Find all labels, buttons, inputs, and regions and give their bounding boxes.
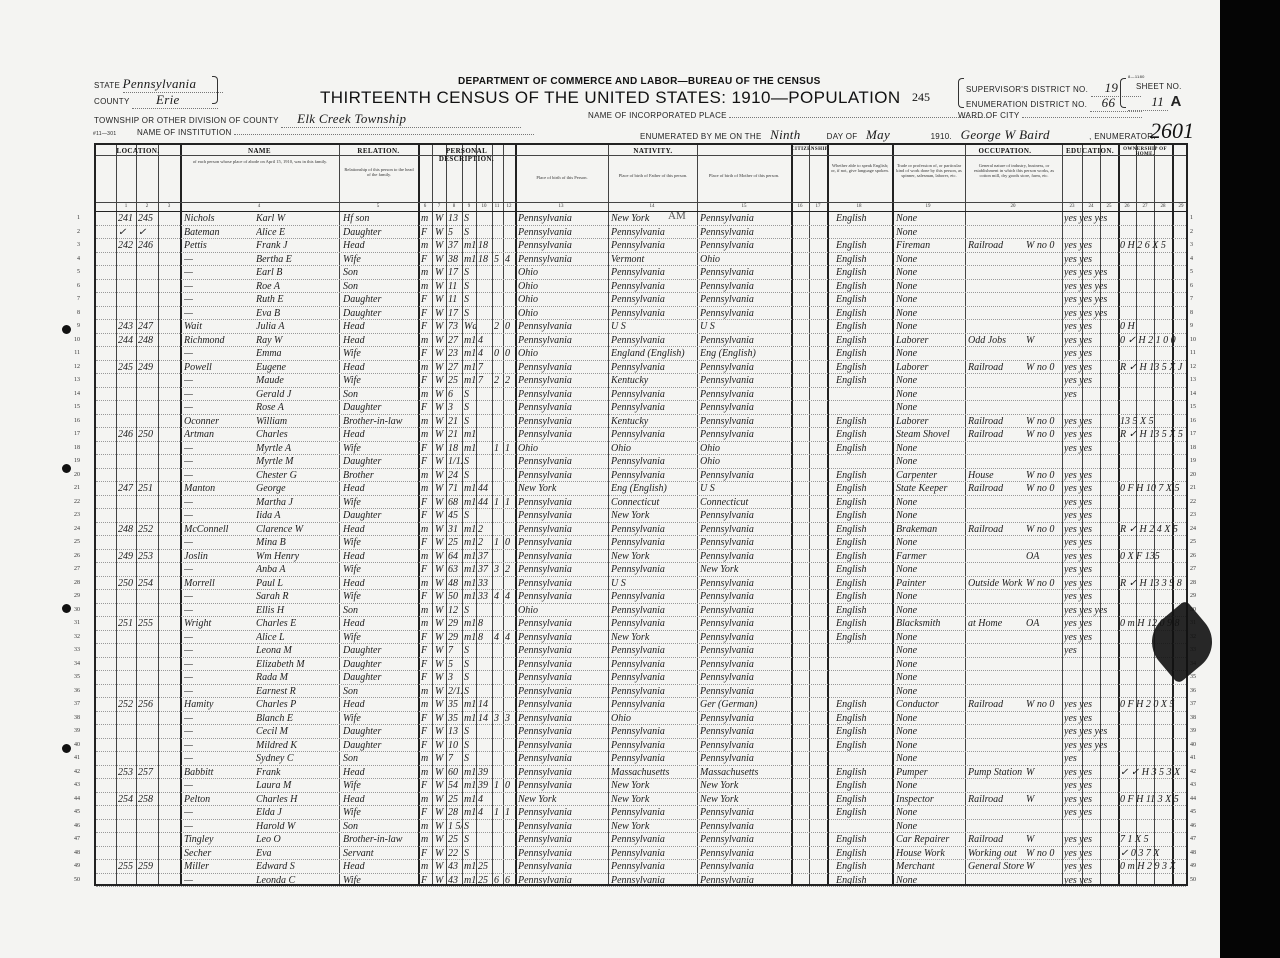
children-living: 3 [505,712,515,726]
education: yes yes [1064,496,1118,510]
age: 68 [448,496,462,510]
color: W [435,658,447,672]
children-born [494,401,504,415]
relation: Head [343,482,417,496]
birthplace-mother: Connecticut [700,496,790,510]
color: W [435,212,447,226]
line-number: 9 [60,320,80,334]
surname: — [184,779,254,793]
given-name: Iida A [256,509,338,523]
marital-status: m1 [464,536,476,550]
education [1064,401,1118,415]
birthplace-mother: Pennsylvania [700,847,790,861]
age: 71 [448,482,462,496]
trade: None [896,604,964,618]
given-name: Blanch E [256,712,338,726]
margin-number: 2601 [1150,118,1194,144]
birthplace-father: Pennsylvania [611,266,697,280]
sex: F [421,374,433,388]
children-living [505,644,515,658]
birthplace-person: Pennsylvania [518,496,606,510]
children-born [494,820,504,834]
marital-status: S [464,752,476,766]
children-living [505,604,515,618]
education [1064,671,1118,685]
years-married [478,752,492,766]
dwelling-number [118,658,136,672]
children-born: 3 [494,563,504,577]
sheet-bracket [1120,78,1126,108]
table-row: 30—Ellis HSonmW12SOhioPennsylvaniaPennsy… [96,604,1186,618]
relation: Daughter [343,671,417,685]
line-number: 33 [60,644,80,658]
education: yes yes [1064,442,1118,456]
given-name: Paul L [256,577,338,591]
children-born [494,428,504,442]
education: yes yes [1064,523,1118,537]
years-married [478,658,492,672]
children-born: 4 [494,590,504,604]
ownership: 13 5 X 5 [1120,415,1190,429]
sex: F [421,253,433,267]
surname: — [184,752,254,766]
birthplace-person: Pennsylvania [518,374,606,388]
language: English [836,307,892,321]
birthplace-father: Pennsylvania [611,833,697,847]
line-number: 49 [60,860,80,874]
line-number-right: 22 [1190,496,1208,510]
relation: Wife [343,712,417,726]
column-number: 16 [792,204,808,209]
line-number-right: 48 [1190,847,1208,861]
department-title: DEPARTMENT OF COMMERCE AND LABOR—BUREAU … [458,76,821,87]
line-number-right: 2 [1190,226,1208,240]
sex: F [421,320,433,334]
table-row: 40—Mildred KDaughterFW10SPennsylvaniaPen… [96,739,1186,753]
line-number: 48 [60,847,80,861]
day-of-label: DAY OF [827,132,858,141]
line-number-right: 4 [1190,253,1208,267]
trade: Conductor [896,698,964,712]
surname: — [184,604,254,618]
dwelling-number [118,496,136,510]
family-number [138,374,158,388]
table-row: 39—Cecil MDaughterFW13SPennsylvaniaPenns… [96,725,1186,739]
children-born [494,644,504,658]
surname: Tingley [184,833,254,847]
ownership: R ✓ H 2 4 X 5 [1120,523,1190,537]
ownership: 0 m H 2 9 3 X [1120,860,1190,874]
year-label: 1910. [931,132,953,141]
children-born: 1 [494,806,504,820]
children-living: 4 [505,590,515,604]
language: English [836,266,892,280]
birthplace-father: Massachusetts [611,766,697,780]
birthplace-father: Pennsylvania [611,293,697,307]
column-number: 13 [553,204,569,209]
birthplace-father: Ohio [611,442,697,456]
birthplace-mother: Pennsylvania [700,293,790,307]
language [836,644,892,658]
birthplace-mother: New York [700,563,790,577]
enumerated-prefix: ENUMERATED BY ME ON THE [640,132,762,141]
children-living [505,428,515,442]
ownership [1120,536,1190,550]
ownership [1120,779,1190,793]
birthplace-person: Pennsylvania [518,671,606,685]
form-code: 8—1180 [1128,74,1145,79]
dwelling-number [118,685,136,699]
ownership [1120,752,1190,766]
census-table: LOCATION. NAME RELATION. PERSONAL DESCRI… [94,143,1188,886]
line-number: 3 [60,239,80,253]
trade: Painter [896,577,964,591]
census-title: THIRTEENTH CENSUS OF THE UNITED STATES: … [320,88,901,108]
table-row: 18—Myrtle AWifeFW18m111OhioOhioOhioEngli… [96,442,1186,456]
color: W [435,860,447,874]
table-row: 33—Leona MDaughterFW7SPennsylvaniaPennsy… [96,644,1186,658]
age: 73 [448,320,462,334]
birthplace-mother: Pennsylvania [700,334,790,348]
relation: Son [343,388,417,402]
line-number: 30 [60,604,80,618]
children-born [494,860,504,874]
years-married [478,644,492,658]
family-number [138,712,158,726]
education: yes yes [1064,415,1118,429]
line-number: 42 [60,766,80,780]
color: W [435,334,447,348]
family-number: 246 [138,239,158,253]
birthplace-father: New York [611,631,697,645]
relation: Servant [343,847,417,861]
family-number: 247 [138,320,158,334]
years-married: 2 [478,536,492,550]
language [836,455,892,469]
ownership [1120,685,1190,699]
years-married [478,469,492,483]
line-number: 15 [60,401,80,415]
years-married [478,833,492,847]
surname: Pettis [184,239,254,253]
color: W [435,631,447,645]
years-married [478,604,492,618]
ward-field: WARD OF CITY [958,111,1142,120]
birthplace-mother: Pennsylvania [700,388,790,402]
family-number: 255 [138,617,158,631]
trade: None [896,388,964,402]
children-born: 1 [494,442,504,456]
birthplace-person: Ohio [518,442,606,456]
education: yes yes yes [1064,307,1118,321]
form-side-code: #11—301 [93,131,116,137]
birthplace-person: Pennsylvania [518,806,606,820]
column-number: 2 [139,204,155,209]
children-living [505,482,515,496]
family-number [138,874,158,888]
line-number: 41 [60,752,80,766]
years-married: 4 [478,347,492,361]
children-living [505,293,515,307]
surname: — [184,725,254,739]
children-living [505,793,515,807]
children-living [505,280,515,294]
age: 28 [448,806,462,820]
language: English [836,739,892,753]
color: W [435,806,447,820]
birthplace-father: Vermont [611,253,697,267]
line-number: 40 [60,739,80,753]
dwelling-number: 253 [118,766,136,780]
table-row: 6—Roe ASonmW11SOhioPennsylvaniaPennsylva… [96,280,1186,294]
family-number: 245 [138,212,158,226]
color: W [435,361,447,375]
marital-status: m1 [464,631,476,645]
education: yes yes [1064,766,1118,780]
relation: Son [343,752,417,766]
color: W [435,536,447,550]
birthplace-mother: Pennsylvania [700,307,790,321]
given-name: Mildred K [256,739,338,753]
birthplace-person: Pennsylvania [518,388,606,402]
color: W [435,253,447,267]
birthplace-person: Pennsylvania [518,415,606,429]
birthplace-person: Pennsylvania [518,685,606,699]
age: 63 [448,563,462,577]
group-nativity: NATIVITY. [515,147,791,155]
language: English [836,550,892,564]
trade: Steam Shovel [896,428,964,442]
line-number: 47 [60,833,80,847]
color: W [435,266,447,280]
dwelling-number [118,509,136,523]
given-name: Leona M [256,644,338,658]
marital-status: S [464,455,476,469]
trade: None [896,536,964,550]
language: English [836,766,892,780]
family-number: 252 [138,523,158,537]
surname: Morrell [184,577,254,591]
language [836,820,892,834]
years-married [478,293,492,307]
children-living [505,766,515,780]
color: W [435,469,447,483]
surname: Oconner [184,415,254,429]
family-number [138,536,158,550]
children-living [505,685,515,699]
line-number: 7 [60,293,80,307]
dwelling-number: 248 [118,523,136,537]
age: 54 [448,779,462,793]
marital-status: S [464,226,476,240]
children-born [494,739,504,753]
line-number-right: 41 [1190,752,1208,766]
column-number: 17 [810,204,826,209]
institution-field: #11—301 NAME OF INSTITUTION [93,128,534,137]
given-name: Eugene [256,361,338,375]
ownership: 0 F H 11 3 X 5 [1120,793,1190,807]
relation: Wife [343,347,417,361]
dwelling-number [118,536,136,550]
surname: — [184,806,254,820]
surname: Nichols [184,212,254,226]
birthplace-mother: Ohio [700,253,790,267]
birthplace-mother: Pennsylvania [700,523,790,537]
trade: None [896,347,964,361]
ownership: 0 H [1120,320,1190,334]
column-number: 15 [736,204,752,209]
table-row: 1241245NicholsKarl WHf sonmW13SPennsylva… [96,212,1186,226]
color: W [435,239,447,253]
column-number: 12 [501,204,517,209]
relation: Daughter [343,658,417,672]
birthplace-father: Kentucky [611,374,697,388]
line-number-right: 11 [1190,347,1208,361]
birthplace-person: Pennsylvania [518,550,606,564]
children-living [505,469,515,483]
given-name: Martha J [256,496,338,510]
ownership [1120,226,1190,240]
age: 7 [448,644,462,658]
years-married: 4 [478,334,492,348]
birthplace-father: Pennsylvania [611,280,697,294]
sex: m [421,617,433,631]
language: English [836,631,892,645]
line-number-right: 24 [1190,523,1208,537]
years-married: 39 [478,766,492,780]
line-number: 20 [60,469,80,483]
table-row: 11—EmmaWifeFW23m1400OhioEngland (English… [96,347,1186,361]
line-number-right: 49 [1190,860,1208,874]
trade-header: Trade or profession of, or particular ki… [895,163,963,178]
surname: Artman [184,428,254,442]
marital-status: m1 [464,482,476,496]
years-married [478,388,492,402]
children-living [505,739,515,753]
birthplace-mother: Pennsylvania [700,671,790,685]
family-number [138,644,158,658]
line-number: 18 [60,442,80,456]
birthplace-father: Pennsylvania [611,307,697,321]
column-number: 14 [644,204,660,209]
incorporated-value [729,117,989,118]
years-married: 2 [478,523,492,537]
given-name: Leonda C [256,874,338,888]
family-number [138,685,158,699]
ownership [1120,739,1190,753]
family-number [138,415,158,429]
line-number-right: 17 [1190,428,1208,442]
column-number: 28 [1155,204,1171,209]
color: W [435,725,447,739]
dwelling-number [118,806,136,820]
given-name: Julia A [256,320,338,334]
sex: m [421,752,433,766]
column-number: 7 [431,204,447,209]
language: English [836,239,892,253]
family-number: 248 [138,334,158,348]
line-number-right: 36 [1190,685,1208,699]
line-number-right: 16 [1190,415,1208,429]
marital-status: m1 [464,617,476,631]
county-value: Erie [132,92,218,109]
years-married: 33 [478,590,492,604]
language: English [836,725,892,739]
table-row: 23—Iida ADaughterFW45SPennsylvaniaNew Yo… [96,509,1186,523]
relation: Head [343,577,417,591]
age: 23 [448,347,462,361]
children-living: 1 [505,496,515,510]
marital-status: m1 [464,253,476,267]
children-living [505,212,515,226]
dwelling-number [118,455,136,469]
table-row: 8—Eva BDaughterFW17SOhioPennsylvaniaPenn… [96,307,1186,321]
dwelling-number [118,388,136,402]
birth-mother-header: Place of birth of Mother of this person. [700,173,788,178]
relation: Wife [343,631,417,645]
years-married: 37 [478,563,492,577]
sex: m [421,698,433,712]
trade: None [896,590,964,604]
birthplace-mother: Pennsylvania [700,685,790,699]
trade: None [896,658,964,672]
birthplace-father: Connecticut [611,496,697,510]
table-row: 35—Rada MDaughterFW3SPennsylvaniaPennsyl… [96,671,1186,685]
birthplace-father: Kentucky [611,415,697,429]
dwelling-number [118,442,136,456]
relation: Brother [343,469,417,483]
given-name: Edward S [256,860,338,874]
education: yes yes [1064,631,1118,645]
education [1064,658,1118,672]
relation: Head [343,860,417,874]
family-number [138,388,158,402]
relation: Wife [343,496,417,510]
color: W [435,793,447,807]
years-married [478,509,492,523]
column-number: 24 [1083,204,1099,209]
group-personal: PERSONAL DESCRIPTION. [418,147,515,163]
education: yes yes [1064,617,1118,631]
line-number: 4 [60,253,80,267]
sex: m [421,685,433,699]
marital-status: m1 [464,239,476,253]
age: 12 [448,604,462,618]
sex: m [421,212,433,226]
line-number: 24 [60,523,80,537]
age: 35 [448,698,462,712]
children-born: 1 [494,536,504,550]
surname: Pelton [184,793,254,807]
education: yes yes [1064,550,1118,564]
language: English [836,509,892,523]
marital-status: m1 [464,860,476,874]
children-living [505,361,515,375]
trade: None [896,563,964,577]
education: yes yes yes [1064,739,1118,753]
years-married [478,280,492,294]
trade: Farmer [896,550,964,564]
incorporated-field: NAME OF INCORPORATED PLACE [588,111,989,120]
ownership [1120,725,1190,739]
birthplace-person: Pennsylvania [518,577,606,591]
trade: None [896,806,964,820]
state-county-bracket [212,76,218,104]
age: 5 [448,226,462,240]
birthplace-father: New York [611,793,697,807]
children-born: 2 [494,374,504,388]
dwelling-number: 244 [118,334,136,348]
